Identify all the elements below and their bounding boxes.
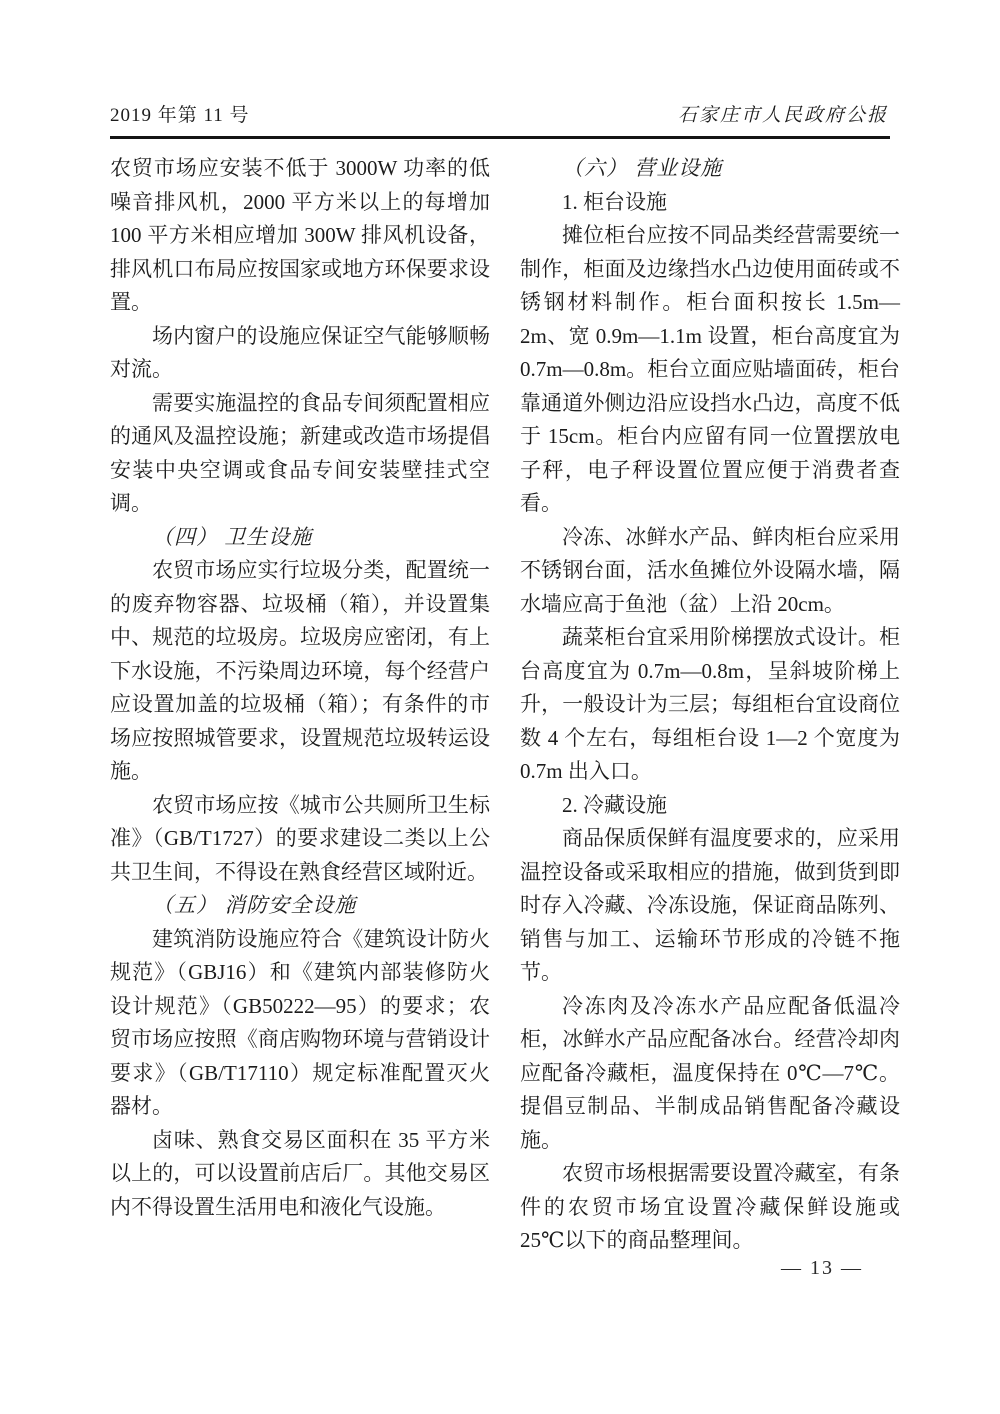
subheading-cold-storage: 2. 冷藏设施 bbox=[520, 789, 900, 823]
paragraph-windows: 场内窗户的设施应保证空气能够顺畅对流。 bbox=[110, 320, 490, 387]
paragraph-ventilation-continued: 农贸市场应安装不低于 3000W 功率的低噪音排风机，2000 平方米以上的每增… bbox=[110, 152, 490, 320]
paragraph-public-toilets: 农贸市场应按《城市公共厕所卫生标准》（GB/T1727）的要求建设二类以上公共卫… bbox=[110, 789, 490, 890]
paragraph-waste-sorting: 农贸市场应实行垃圾分类，配置统一的废弃物容器、垃圾桶（箱），并设置集中、规范的垃… bbox=[110, 554, 490, 789]
header-issue-number: 2019 年第 11 号 bbox=[110, 100, 250, 127]
page-number: — 13 — bbox=[737, 1257, 907, 1280]
paragraph-vegetable-counters: 蔬菜柜台宜采用阶梯摆放式设计。柜台高度宜为 0.7m—0.8m，呈斜坡阶梯上升，… bbox=[520, 621, 900, 789]
section-heading-sanitation: （四） 卫生设施 bbox=[110, 521, 490, 555]
header-rule bbox=[110, 136, 890, 139]
paragraph-freezer-equipment: 冷冻肉及冷冻水产品应配备低温冷柜，冰鲜水产品应配备冰台。经营冷却肉应配备冷藏柜，… bbox=[520, 990, 900, 1158]
section-heading-fire-safety: （五） 消防安全设施 bbox=[110, 889, 490, 923]
right-column: （六） 营业设施 1. 柜台设施 摊位柜台应按不同品类经营需要统一制作，柜面及边… bbox=[520, 152, 900, 1258]
paragraph-deli-area: 卤味、熟食交易区面积在 35 平方米以上的，可以设置前店后厂。其他交易区内不得设… bbox=[110, 1124, 490, 1225]
paragraph-fire-codes: 建筑消防设施应符合《建筑设计防火规范》（GBJ16）和《建筑内部装修防火设计规范… bbox=[110, 923, 490, 1124]
paragraph-cold-chain: 商品保质保鲜有温度要求的，应采用温控设备或采取相应的措施，做到货到即时存入冷藏、… bbox=[520, 822, 900, 990]
paragraph-seafood-counters: 冷冻、冰鲜水产品、鲜肉柜台应采用不锈钢台面，活水鱼摊位外设隔水墙，隔水墙应高于鱼… bbox=[520, 521, 900, 622]
paragraph-temperature-control: 需要实施温控的食品专间须配置相应的通风及温控设施；新建或改造市场提倡安装中央空调… bbox=[110, 387, 490, 521]
subheading-counter-facilities: 1. 柜台设施 bbox=[520, 186, 900, 220]
paragraph-counter-specs: 摊位柜台应按不同品类经营需要统一制作，柜面及边缘挡水凸边使用面砖或不锈钢材料制作… bbox=[520, 219, 900, 521]
left-column: 农贸市场应安装不低于 3000W 功率的低噪音排风机，2000 平方米以上的每增… bbox=[110, 152, 490, 1224]
paragraph-cold-room: 农贸市场根据需要设置冷藏室，有条件的农贸市场宜设置冷藏保鲜设施或 25℃以下的商… bbox=[520, 1157, 900, 1258]
header-gazette-title: 石家庄市人民政府公报 bbox=[678, 100, 888, 127]
section-heading-business-facilities: （六） 营业设施 bbox=[520, 152, 900, 186]
document-page: 2019 年第 11 号 石家庄市人民政府公报 农贸市场应安装不低于 3000W… bbox=[0, 0, 1000, 1414]
